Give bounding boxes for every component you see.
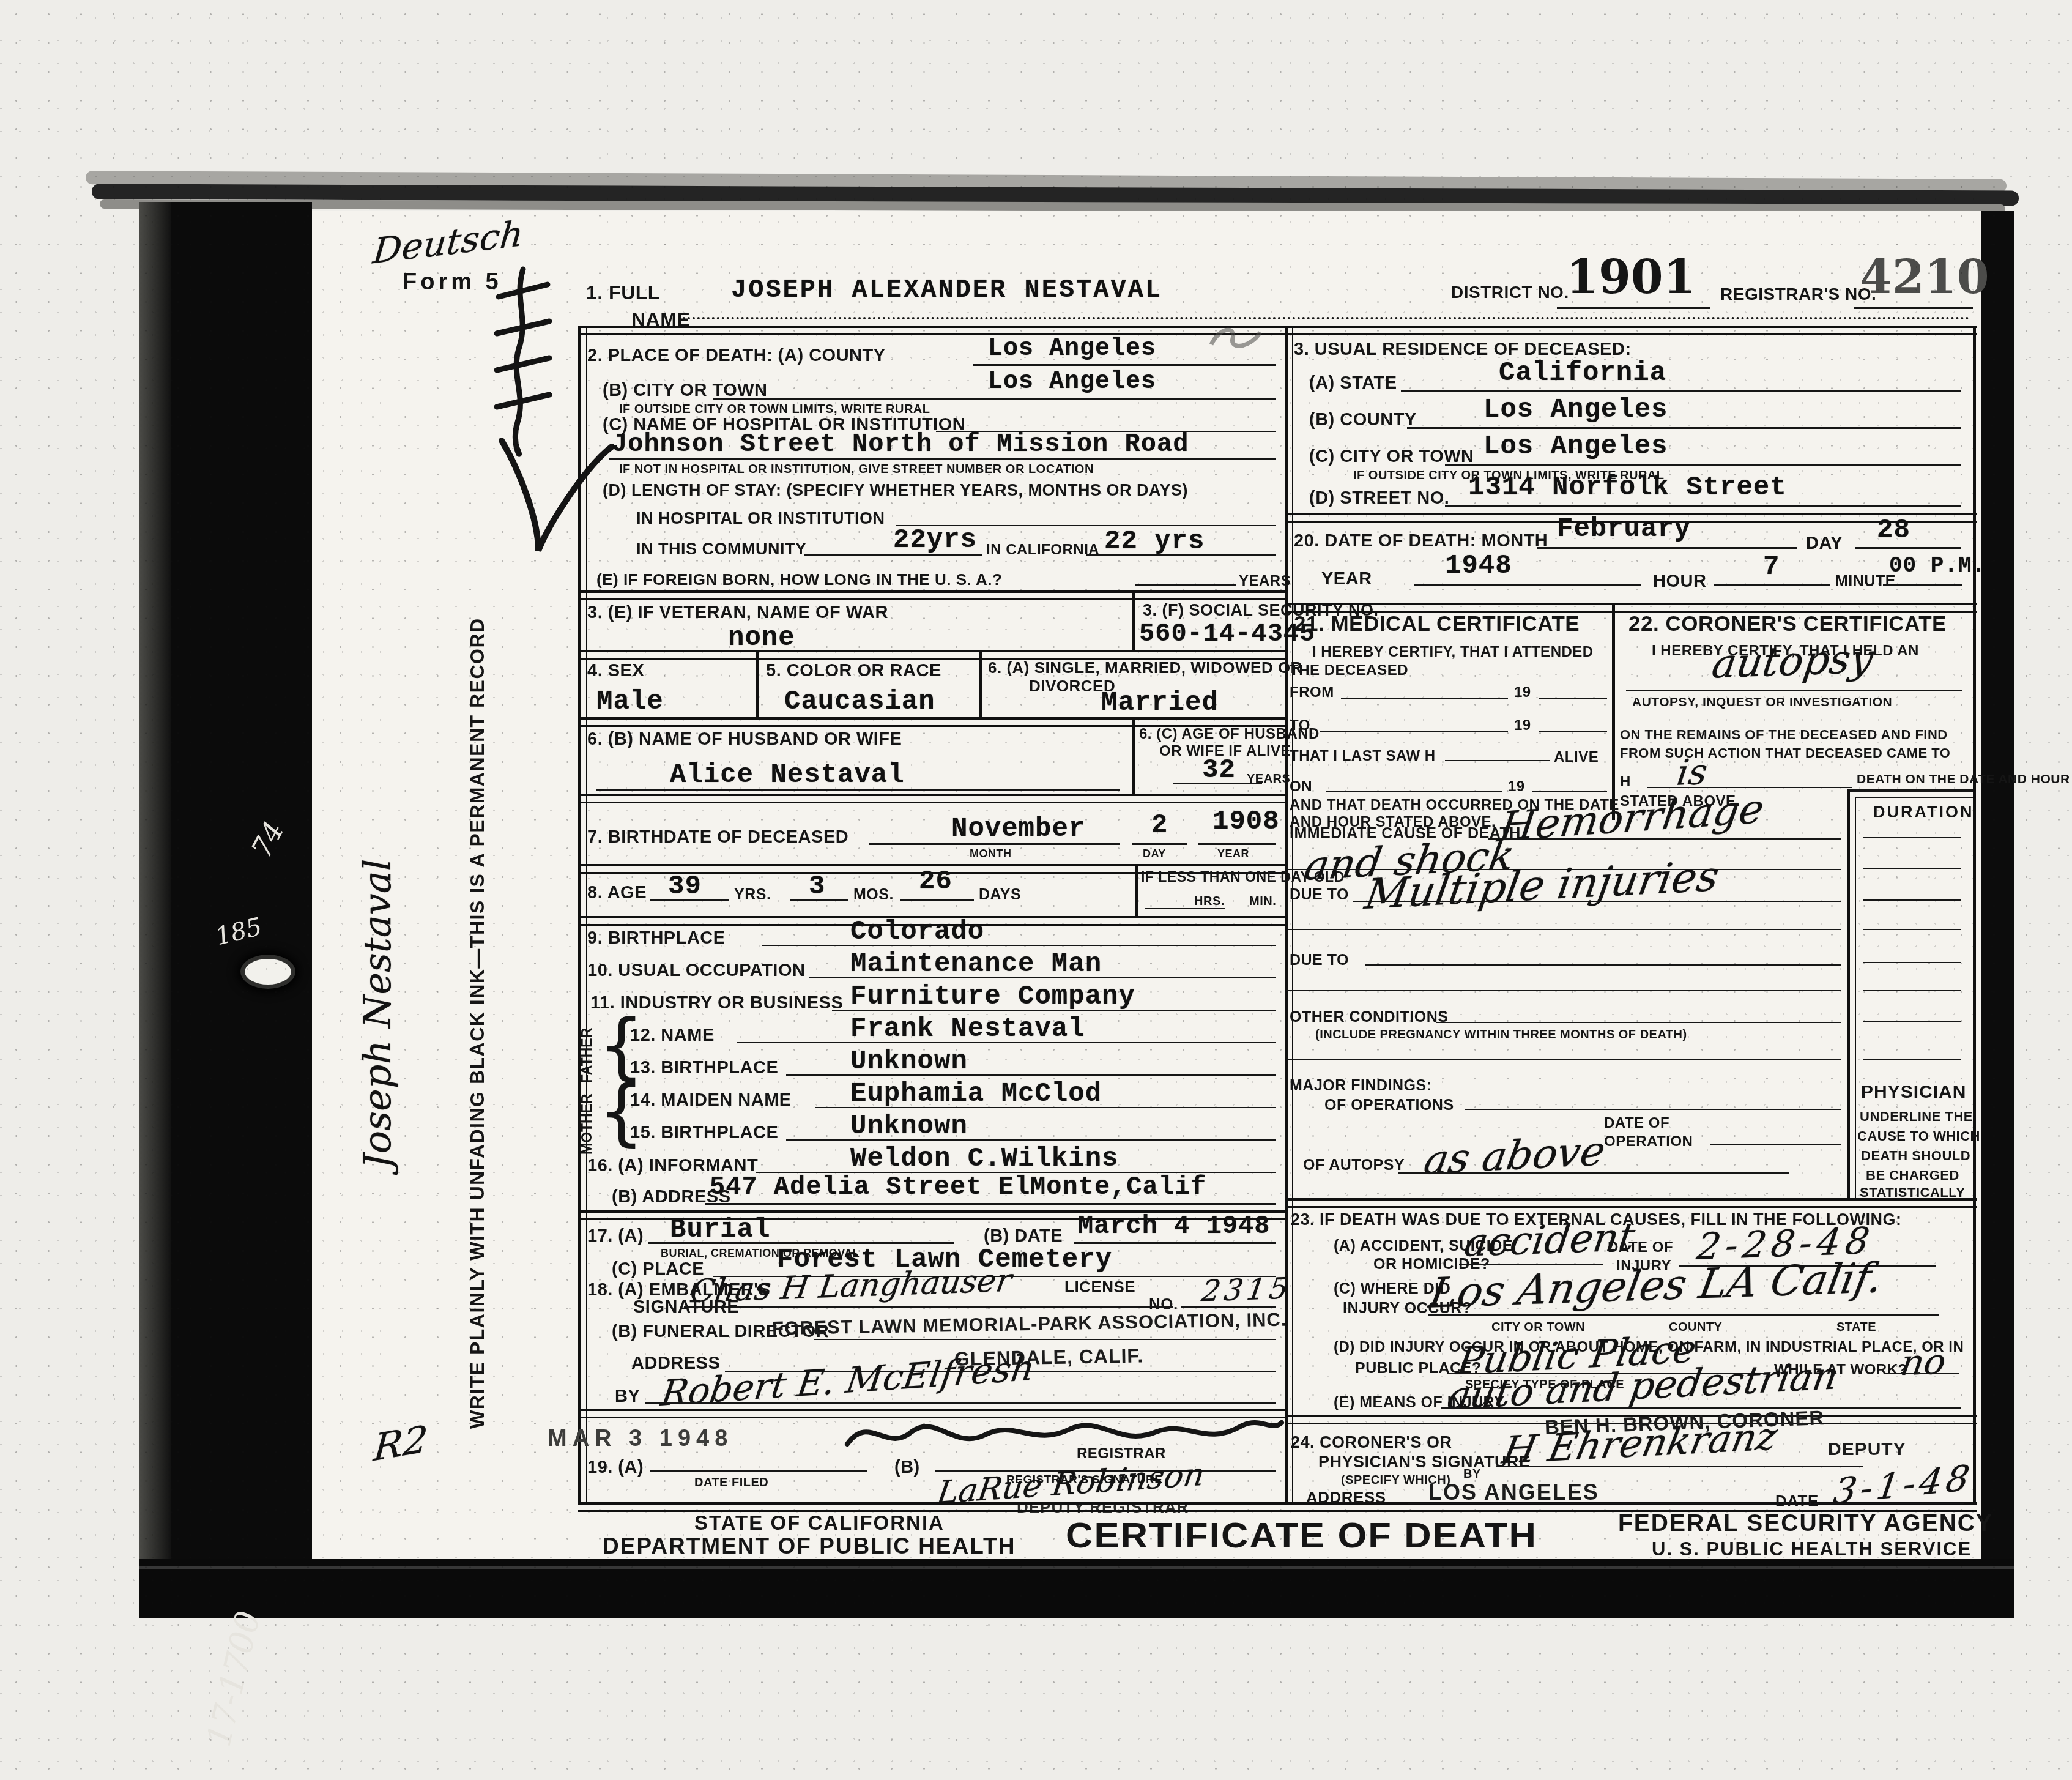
mother-name-value: Euphamia McClod xyxy=(850,1079,1102,1109)
embalmer-license-value: 2315 xyxy=(1200,1271,1294,1308)
sig24-label-2: PHYSICIAN'S SIGNATURE xyxy=(1318,1453,1530,1472)
informant-address-line xyxy=(705,1203,1276,1205)
birthdate-day-sub: DAY xyxy=(1143,847,1166,860)
dod-year-line xyxy=(1414,584,1641,586)
disposition-label: 17. (A) xyxy=(587,1226,644,1246)
rule-after-pod xyxy=(578,590,1285,600)
mother-name-line xyxy=(815,1107,1276,1108)
physician-label: PHYSICIAN xyxy=(1861,1082,1966,1103)
dod-hour-label: HOUR xyxy=(1653,572,1706,592)
father-birthplace-line xyxy=(786,1074,1276,1076)
pod-stay-community-line xyxy=(804,554,982,556)
residence-city-line xyxy=(1445,464,1961,466)
scribble-path xyxy=(1211,330,1260,346)
pod-county-value: Los Angeles xyxy=(988,335,1156,363)
coroner-h: H xyxy=(1620,773,1631,791)
father-name-value: Frank Nestaval xyxy=(850,1014,1085,1045)
district-no-line xyxy=(1557,307,1710,309)
medical-l2: THE DECEASED xyxy=(1290,662,1408,679)
father-birthplace-value: Unknown xyxy=(850,1046,968,1077)
divider-vet-ssn xyxy=(1132,590,1135,650)
residence-county-value: Los Angeles xyxy=(1483,395,1668,425)
residence-state-label: (A) STATE xyxy=(1309,373,1397,393)
date-filed-label: DATE FILED xyxy=(694,1476,768,1490)
dod-month: February xyxy=(1557,514,1691,545)
physician-note-2: CAUSE TO WHICH xyxy=(1857,1128,1980,1144)
sex-label: 4. SEX xyxy=(587,661,644,681)
mother-birthplace-label: 15. BIRTHPLACE xyxy=(630,1123,778,1143)
embalmer-license-label-1: LICENSE xyxy=(1064,1278,1135,1297)
residence-county-line xyxy=(1407,427,1961,429)
dod-minute: 00 P.M. xyxy=(1889,553,1986,578)
coroner-cert-title: 22. CORONER'S CERTIFICATE xyxy=(1628,612,1947,636)
filed-label: 19. (A) xyxy=(587,1458,644,1478)
footer-agency: FEDERAL SECURITY AGENCY xyxy=(1618,1510,1993,1537)
pod-hospital-value-line xyxy=(609,458,1276,460)
medical-from-19: 19 xyxy=(1514,684,1531,701)
birthplace-line xyxy=(762,945,1276,946)
coroner-l2: ON THE REMAINS OF THE DECEASED AND FIND xyxy=(1620,727,1948,743)
registrar-no-line xyxy=(1854,307,1973,309)
residence-city-value: Los Angeles xyxy=(1483,431,1668,462)
age-mos-line xyxy=(790,899,848,901)
registrar-no-label: REGISTRAR'S NO. xyxy=(1720,285,1876,304)
coroner-l3: FROM SUCH ACTION THAT DECEASED CAME TO xyxy=(1620,745,1950,761)
rule-after-spouse xyxy=(578,794,1285,803)
birthdate-month-line xyxy=(869,843,1120,845)
district-no-label: DISTRICT NO. xyxy=(1451,283,1569,302)
coroner-held-value: autopsy xyxy=(1709,635,1877,687)
duration-line-3 xyxy=(1863,899,1961,901)
duration-line-2 xyxy=(1863,868,1961,869)
race-label: 5. COLOR OR RACE xyxy=(766,661,941,681)
tally-cross-3 xyxy=(497,358,549,370)
coroner-held-note: AUTOPSY, INQUEST OR INVESTIGATION xyxy=(1632,695,1892,710)
veteran-value: none xyxy=(728,623,795,654)
coroner-l4: DEATH ON THE DATE AND HOUR xyxy=(1857,772,2070,787)
medical-to: TO xyxy=(1290,717,1310,734)
mother-name-label: 14. MAIDEN NAME xyxy=(630,1090,792,1111)
footer-state: STATE OF CALIFORNIA xyxy=(694,1511,945,1535)
physician-note-3: DEATH SHOULD xyxy=(1861,1148,1970,1164)
of-autopsy-line xyxy=(1398,1172,1789,1174)
age-days-label: DAYS xyxy=(979,886,1021,904)
residence-county-label: (B) COUNTY xyxy=(1309,410,1417,430)
duration-line-7 xyxy=(1863,1021,1961,1022)
industry-line xyxy=(832,1010,1276,1011)
medical-on: ON xyxy=(1290,778,1312,795)
dod-year-label: YEAR xyxy=(1321,569,1372,589)
divider-center-inner xyxy=(1292,326,1293,1502)
medical-to-19-line xyxy=(1539,731,1607,732)
full-name-label-2: NAME xyxy=(631,308,690,331)
birthdate-day: 2 xyxy=(1151,810,1168,841)
ssn-value: 560-14-4345 xyxy=(1139,619,1315,649)
spouse-line xyxy=(596,789,1120,791)
rule-after-dod xyxy=(1285,603,1977,613)
duration-line-4 xyxy=(1863,929,1961,930)
medical-to-line xyxy=(1320,731,1508,732)
punch-hole xyxy=(240,955,295,989)
spouse-age-value: 32 xyxy=(1202,755,1236,786)
residence-street-label: (D) STREET NO. xyxy=(1309,488,1449,508)
footer-phs: U. S. PUBLIC HEALTH SERVICE xyxy=(1652,1538,1972,1560)
pod-stay-label: (D) LENGTH OF STAY: (SPECIFY WHETHER YEA… xyxy=(603,481,1188,500)
birthplace-value: Colorado xyxy=(850,917,984,947)
duration-line-6 xyxy=(1863,990,1961,991)
disposition-place-label: (C) PLACE xyxy=(612,1259,704,1279)
major-findings-label: MAJOR FINDINGS: xyxy=(1290,1077,1432,1095)
occupation-line xyxy=(809,977,1276,978)
father-name-label: 12. NAME xyxy=(630,1026,715,1046)
pod-city-line xyxy=(713,398,1276,400)
tally-cross-4 xyxy=(497,395,549,407)
disposition-date-value: March 4 1948 xyxy=(1078,1212,1270,1241)
divider-spouse-age xyxy=(1132,717,1135,794)
residence-street-value: 1314 Norfolk Street xyxy=(1468,472,1787,503)
date-of-operation-label-1: DATE OF xyxy=(1604,1115,1669,1132)
full-name-dotted-line xyxy=(673,317,1970,319)
full-name-value: JOSEPH ALEXANDER NESTAVAL xyxy=(731,275,1162,305)
physician-note-4: BE CHARGED xyxy=(1866,1167,1959,1183)
divider-sex-race xyxy=(756,650,759,717)
place-of-death-label: 2. PLACE OF DEATH: (A) COUNTY xyxy=(587,346,886,366)
rule-top xyxy=(578,326,1977,335)
deputy-stamp: DEPUTY xyxy=(1828,1439,1906,1460)
duration-line-1 xyxy=(1863,837,1961,838)
divider-race-marital xyxy=(979,650,982,717)
pod-foreign-years: YEARS xyxy=(1239,573,1291,590)
pod-hospital-note: IF NOT IN HOSPITAL OR INSTITUTION, GIVE … xyxy=(619,463,1094,477)
occupation-label: 10. USUAL OCCUPATION xyxy=(587,961,805,981)
spouse-label: 6. (B) NAME OF HUSBAND OR WIFE xyxy=(587,729,902,750)
full-name-label-1: 1. FULL xyxy=(586,281,660,304)
pod-california-line xyxy=(1086,554,1276,556)
medical-on-19-line xyxy=(1532,791,1607,792)
pod-hospital-value: Johnson Street North of Mission Road xyxy=(612,430,1189,459)
pod-california-value: 22 yrs xyxy=(1104,526,1205,557)
father-side-label: FATHER xyxy=(579,1016,595,1083)
coroner-held-line xyxy=(1626,690,1962,691)
external-city-label: CITY OR TOWN xyxy=(1491,1320,1585,1335)
other-conditions-label: OTHER CONDITIONS xyxy=(1290,1008,1448,1026)
registrar-signature-path xyxy=(847,1423,1282,1444)
external-c-line xyxy=(1428,1314,1939,1316)
duration-box-left xyxy=(1847,789,1850,1198)
medical-saw: THAT I LAST SAW H xyxy=(1290,748,1436,765)
age-hrs-label: HRS. xyxy=(1194,895,1225,909)
marital-label-1: 6. (A) SINGLE, MARRIED, WIDOWED OR xyxy=(988,658,1302,677)
pod-stay-hospital-label: IN HOSPITAL OR INSTITUTION xyxy=(636,509,885,528)
industry-value: Furniture Company xyxy=(850,981,1135,1012)
residence-state-line xyxy=(1401,390,1961,392)
divider-age-cell xyxy=(1135,864,1138,916)
check-mark xyxy=(502,441,612,551)
date-of-operation-label-2: OPERATION xyxy=(1604,1133,1693,1150)
margin-vertical-name: Joseph Nestaval xyxy=(355,355,399,1169)
dod-minute-label: MINUTE xyxy=(1835,573,1896,590)
age-yrs-line xyxy=(650,899,729,901)
pod-california-label: IN CALIFORNIA xyxy=(986,542,1099,559)
cause-spacer-line-2 xyxy=(1286,990,1841,991)
father-name-line xyxy=(737,1042,1276,1043)
duration-box-top-inner xyxy=(1855,797,1973,798)
dod-day-label: DAY xyxy=(1806,534,1843,554)
immediate-cause-line-1 xyxy=(1488,838,1841,840)
other-conditions-note: (INCLUDE PREGNANCY WITHIN THREE MONTHS O… xyxy=(1315,1028,1687,1042)
birthdate-day-line xyxy=(1132,843,1187,845)
birthplace-label: 9. BIRTHPLACE xyxy=(587,928,726,948)
age-yrs-label: YRS. xyxy=(734,886,771,904)
border-left-inner xyxy=(586,326,587,1502)
dod-month-line xyxy=(1537,547,1797,549)
duration-line-8 xyxy=(1863,1059,1961,1060)
registrar-signature-scribble xyxy=(844,1404,1285,1459)
occupation-value: Maintenance Man xyxy=(850,949,1102,980)
coroner-address-line xyxy=(1408,1503,1760,1504)
disposition-date-line xyxy=(1074,1242,1276,1244)
physician-note-1: UNDERLINE THE xyxy=(1860,1109,1973,1125)
age-mos-value: 3 xyxy=(809,871,825,902)
pencil-scribble xyxy=(1208,323,1263,354)
informant-address-value: 547 Adelia Street ElMonte,Calif xyxy=(710,1172,1206,1202)
birthdate-year: 1908 xyxy=(1212,806,1280,837)
duration-box-top xyxy=(1847,789,1973,792)
pod-city-value: Los Angeles xyxy=(988,368,1156,396)
father-birthplace-label: 13. BIRTHPLACE xyxy=(630,1058,778,1078)
residence-title: 3. USUAL RESIDENCE OF DECEASED: xyxy=(1294,340,1632,360)
spouse-age-years: YEARS xyxy=(1247,772,1290,786)
age-yrs-value: 39 xyxy=(668,871,702,902)
other-conditions-line xyxy=(1436,1022,1841,1023)
cause-spacer-line-1 xyxy=(1286,929,1841,930)
coroner-date-line xyxy=(1814,1503,1964,1504)
marital-value: Married xyxy=(1101,688,1219,718)
film-edge-grain xyxy=(139,202,174,1603)
filed-b-label: (B) xyxy=(894,1458,920,1478)
embalmer-signature-line xyxy=(684,1306,1173,1308)
medical-l1: I HEREBY CERTIFY, THAT I ATTENDED xyxy=(1312,644,1594,661)
spouse-value: Alice Nestaval xyxy=(670,760,905,791)
duration-box-left-inner xyxy=(1855,797,1856,1198)
bottom-bar-highlight xyxy=(139,1566,2014,1569)
dod-minute-line xyxy=(1883,584,1962,586)
medical-from-line xyxy=(1341,698,1508,699)
disposition-date-label: (B) DATE xyxy=(984,1226,1063,1246)
dod-hour: 7 xyxy=(1763,552,1780,583)
dod-day-line xyxy=(1855,547,1961,549)
medical-on-line xyxy=(1326,791,1502,792)
age-days-value: 26 xyxy=(919,866,952,897)
registrar-no-value: 4210 xyxy=(1860,250,1989,304)
medical-cert-title: 21. MEDICAL CERTIFICATE xyxy=(1294,612,1580,636)
residence-state-value: California xyxy=(1499,358,1666,389)
due-to-line-2 xyxy=(1365,964,1841,966)
birthdate-month: November xyxy=(951,814,1085,844)
dod-hour-line xyxy=(1714,584,1830,586)
pod-county-line xyxy=(973,364,1276,366)
of-autopsy-label: OF AUTOPSY xyxy=(1303,1156,1405,1174)
age-min-label: MIN. xyxy=(1249,895,1276,909)
birthdate-month-sub: MONTH xyxy=(970,847,1012,860)
cause-spacer-line-3 xyxy=(1286,1059,1841,1060)
microfilm-scan: 74 185 17-1700 Deutsch Form 5 Joseph Nes… xyxy=(0,0,2072,1780)
medical-from: FROM xyxy=(1290,684,1334,701)
medical-on-19: 19 xyxy=(1508,778,1525,795)
age-mos-label: MOS. xyxy=(853,886,894,904)
tally-cross-1 xyxy=(499,285,548,297)
sig24-label-1: 24. CORONER'S OR xyxy=(1291,1433,1452,1452)
due-to-label-1: DUE TO xyxy=(1290,886,1349,904)
divider-med-coroner xyxy=(1612,603,1615,820)
coroner-address-label: ADDRESS xyxy=(1306,1488,1386,1507)
due-to-line-1 xyxy=(1353,901,1841,902)
means-of-injury-line xyxy=(1441,1407,1961,1409)
age-hrs-line xyxy=(1145,908,1225,909)
while-at-work-line xyxy=(1885,1373,1959,1374)
dod-label: 20. DATE OF DEATH: MONTH xyxy=(1294,531,1548,551)
coroner-address-value: LOS ANGELES xyxy=(1428,1480,1599,1505)
duration-line-5 xyxy=(1863,962,1961,963)
footer-dept: DEPARTMENT OF PUBLIC HEALTH xyxy=(603,1533,1016,1559)
mother-side-label: MOTHER xyxy=(579,1084,595,1155)
coroner-date-label: DATE xyxy=(1775,1492,1819,1511)
medical-alive: ALIVE xyxy=(1554,749,1599,766)
date-filed-stamp: MAR 3 1948 xyxy=(548,1426,733,1452)
of-operations-label: OF OPERATIONS xyxy=(1324,1097,1454,1114)
funeral-director-line xyxy=(814,1339,1276,1340)
pod-stay-community-label: IN THIS COMMUNITY xyxy=(636,540,807,559)
filed-line-a xyxy=(650,1470,867,1472)
of-autopsy-value: as above xyxy=(1420,1127,1608,1183)
veteran-label: 3. (E) IF VETERAN, NAME OF WAR xyxy=(587,603,888,623)
of-operations-line xyxy=(1465,1109,1841,1110)
residence-street-line xyxy=(1445,505,1961,507)
medical-saw-line xyxy=(1445,760,1550,761)
age-label: 8. AGE xyxy=(587,883,647,903)
age-days-line xyxy=(900,899,974,901)
medical-to-19: 19 xyxy=(1514,717,1531,734)
coroner-signature-line xyxy=(1496,1466,1863,1467)
mother-birthplace-value: Unknown xyxy=(850,1111,968,1142)
funeral-by-label: BY xyxy=(615,1387,640,1407)
birthdate-year-sub: YEAR xyxy=(1217,847,1249,860)
mother-birthplace-line xyxy=(786,1139,1276,1141)
rule-after-c ause xyxy=(1285,1198,1977,1208)
left-black-strip xyxy=(171,202,312,1603)
disposition-value: Burial xyxy=(670,1215,770,1245)
informant-value: Weldon C.Wilkins xyxy=(850,1144,1118,1174)
district-no-value: 1901 xyxy=(1566,250,1696,304)
medical-from-19-line xyxy=(1539,698,1607,699)
right-black-strip xyxy=(1981,211,2014,1588)
border-left xyxy=(578,326,581,1502)
pod-stay-community-value: 22yrs xyxy=(893,525,977,556)
date-of-injury-label-1: DATE OF xyxy=(1608,1239,1673,1256)
sex-value: Male xyxy=(596,687,664,717)
duration-label: DURATION xyxy=(1873,803,1974,822)
race-value: Caucasian xyxy=(784,687,935,717)
due-to-label-2: DUE TO xyxy=(1290,951,1349,969)
footer-certificate-of-death: CERTIFICATE OF DEATH xyxy=(1066,1515,1537,1556)
external-state-label: STATE xyxy=(1836,1320,1876,1335)
disposition-line xyxy=(648,1242,954,1244)
birthdate-year-line xyxy=(1198,843,1276,845)
border-right xyxy=(1973,326,1976,1502)
birthdate-label: 7. BIRTHDATE OF DECEASED xyxy=(587,827,848,847)
dod-day: 28 xyxy=(1877,515,1910,546)
dod-year: 1948 xyxy=(1445,551,1512,581)
pod-foreign-label: (E) IF FOREIGN BORN, HOW LONG IN THE U. … xyxy=(596,570,1002,589)
pod-foreign-line xyxy=(1135,584,1236,586)
while-at-work-value: no xyxy=(1898,1341,1948,1383)
embalmer-license-line xyxy=(1181,1306,1276,1308)
date-of-operation-line xyxy=(1710,1144,1841,1145)
